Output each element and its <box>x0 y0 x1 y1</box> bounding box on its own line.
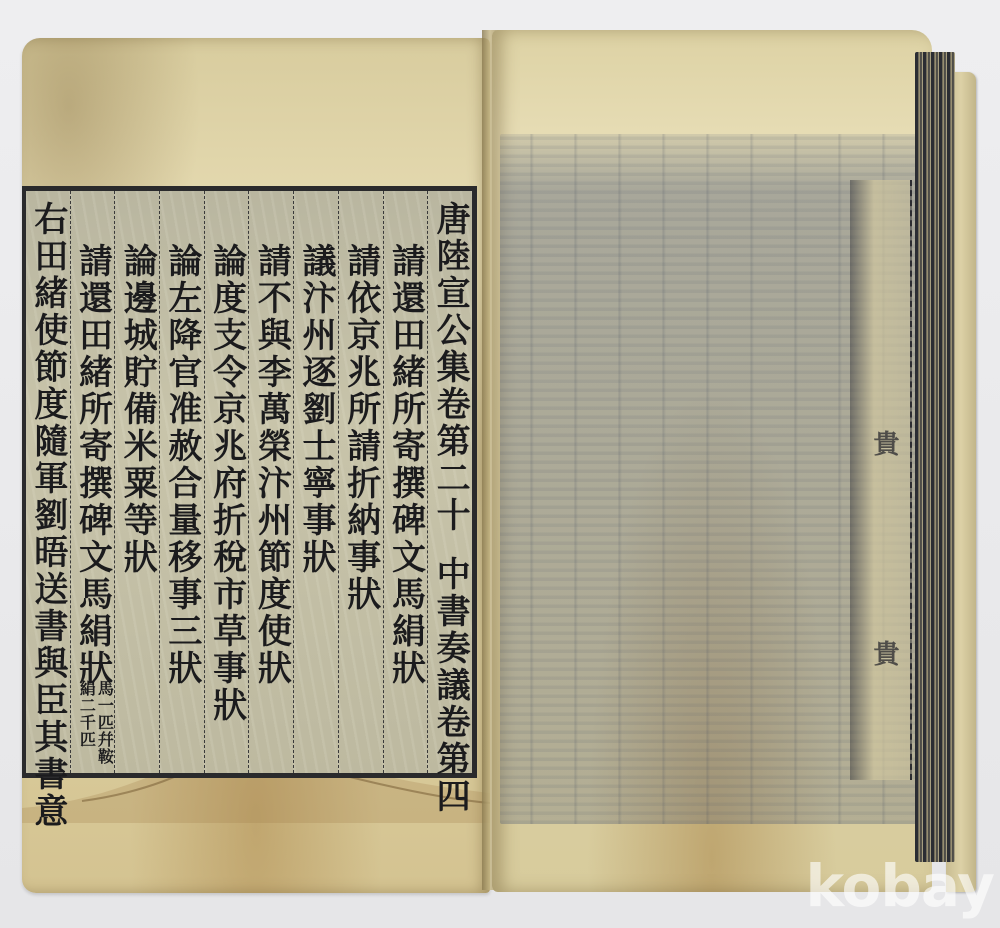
page-stack-edges <box>915 52 955 862</box>
column-entry-3: 議汴州逐劉士寧事狀 <box>293 191 338 773</box>
column-entry-6: 論左降官准赦合量移事三狀 <box>159 191 204 773</box>
column-text: 請不與李萬榮汴州節度使狀 <box>254 243 288 773</box>
annotation-line: 絹二千匹 <box>78 680 94 765</box>
margin-mark: 貴 <box>866 430 903 456</box>
margin-mark: 貴 <box>866 640 903 666</box>
column-entry-4: 請不與李萬榮汴州節度使狀 <box>248 191 293 773</box>
column-entry-5: 論度支令京兆府折稅市草事狀 <box>204 191 249 773</box>
text-columns: 唐陸宣公集卷第二十中書奏議卷第四 請還田緒所寄撰碑文馬絹狀 請依京兆所請折納事狀… <box>26 191 472 773</box>
column-text: 論邊城貯備米粟等狀 <box>120 243 154 773</box>
annotation-line: 馬一匹幷鞍 <box>96 680 112 765</box>
left-page: 唐陸宣公集卷第二十中書奏議卷第四 請還田緒所寄撰碑文馬絹狀 請依京兆所請折納事狀… <box>22 38 490 893</box>
column-text: 論度支令京兆府折稅市草事狀 <box>210 243 244 773</box>
column-text: 請依京兆所請折納事狀 <box>344 243 378 773</box>
watermark: kobay <box>805 852 994 920</box>
column-entry-1: 請還田緒所寄撰碑文馬絹狀 <box>383 191 428 773</box>
volume-title: 中書奏議卷第四 <box>430 556 470 815</box>
printed-text-frame: 唐陸宣公集卷第二十中書奏議卷第四 請還田緒所寄撰碑文馬絹狀 請依京兆所請折納事狀… <box>22 186 477 778</box>
column-title: 唐陸宣公集卷第二十中書奏議卷第四 <box>427 191 472 773</box>
column-entry-7: 論邊城貯備米粟等狀 <box>114 191 159 773</box>
right-page: 貴 貴 <box>492 30 932 892</box>
column-text: 請還田緒所寄撰碑文馬絹狀 <box>388 243 422 773</box>
annotation-note: 馬一匹幷鞍 絹二千匹 <box>78 680 112 765</box>
book-title: 唐陸宣公集卷第二十 <box>430 201 470 534</box>
book-photo: 唐陸宣公集卷第二十中書奏議卷第四 請還田緒所寄撰碑文馬絹狀 請依京兆所請折納事狀… <box>0 0 1000 928</box>
column-text: 唐陸宣公集卷第二十中書奏議卷第四 <box>433 201 467 773</box>
column-entry-8: 請還田緒所寄撰碑文馬絹狀 馬一匹幷鞍 絹二千匹 <box>70 191 115 773</box>
page-margin-strip <box>850 180 912 780</box>
column-text: 右田緒使節度隨軍劉晤送書與臣其書意 <box>31 201 65 773</box>
column-body: 右田緒使節度隨軍劉晤送書與臣其書意 <box>26 191 70 773</box>
column-text: 議汴州逐劉士寧事狀 <box>299 243 333 773</box>
column-text: 論左降官准赦合量移事三狀 <box>165 243 199 773</box>
column-entry-2: 請依京兆所請折納事狀 <box>338 191 383 773</box>
